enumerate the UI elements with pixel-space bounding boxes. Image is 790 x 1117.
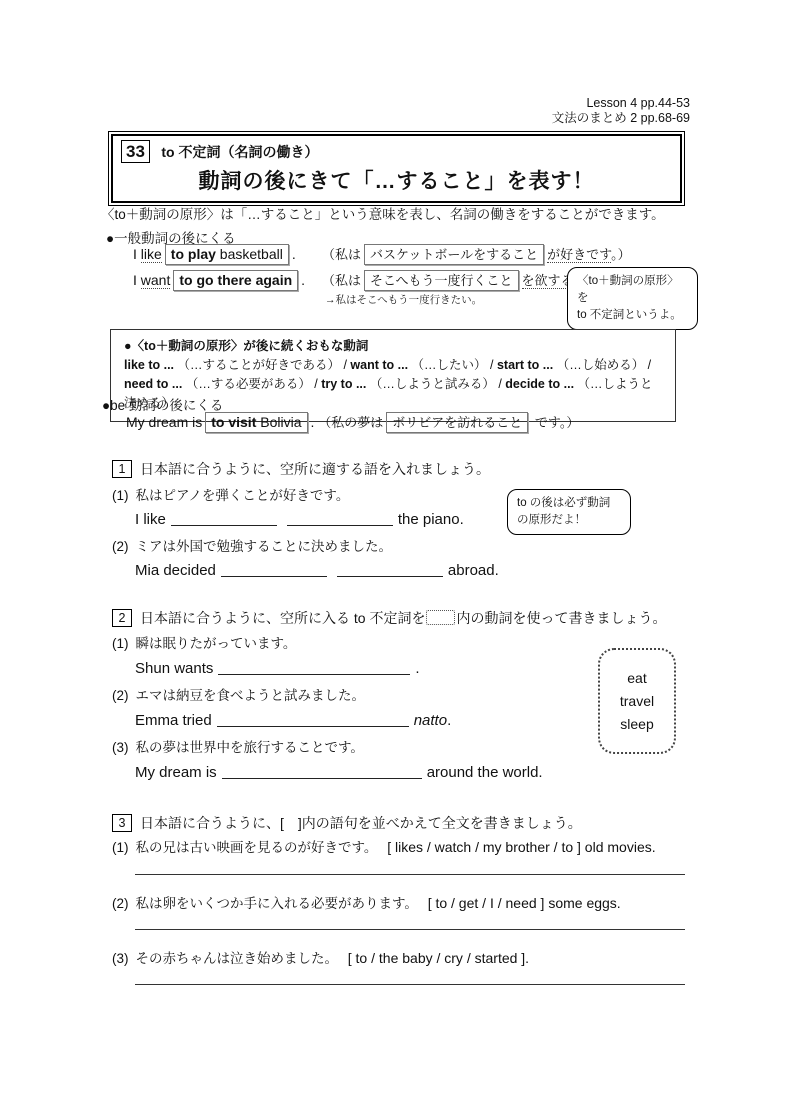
word-bank-box: eat travel sleep	[598, 648, 676, 754]
word-bank-item-eat: eat	[627, 667, 646, 690]
exercise2-item1-answer-line: Shun wants.	[135, 660, 420, 677]
exercise2-item3-answer-post: around the world.	[427, 764, 543, 781]
answer-blank	[287, 511, 393, 526]
exercise1-item2-japanese: (2)ミアは外国で勉強することに決めました。	[112, 535, 392, 555]
example-dream-jp-open: （私の夢は	[318, 415, 383, 430]
to-infinitive-callout-line1: 〈to＋動詞の原形〉を	[577, 273, 688, 307]
exercise3-item3-word-list: [ to / the baby / cry / started ].	[348, 950, 529, 966]
to-infinitive-callout: 〈to＋動詞の原形〉を to 不定詞というよ。	[567, 267, 698, 330]
answer-write-line	[135, 984, 685, 985]
exercise3-item2-jp-text: 私は卵をいくつか手に入れる必要があります。	[136, 896, 418, 911]
title-box: 33 to 不定詞（名詞の働き） 動詞の後にきて「…すること」を表す！	[108, 131, 685, 206]
exercise1-header: 1日本語に合うように、空所に適する語を入れましょう。	[112, 459, 490, 479]
exercise2-item1-label: (1)	[112, 636, 129, 651]
example-dream-infinitive-box: to visit Bolivia	[205, 412, 307, 433]
example-like-jp-box: バスケットボールをすること	[364, 244, 544, 265]
exercise3-instruction: 日本語に合うように、[ ]内の語句を並べかえて全文を書きましょう。	[140, 815, 582, 831]
exercise2-item1-jp-text: 瞬は眠りたがっています。	[136, 636, 297, 651]
exercise2-item2-answer-line: Emma triednatto.	[135, 712, 451, 729]
word-bank-item-sleep: sleep	[620, 713, 653, 736]
exercise1-item2-answer-line: Mia decidedabroad.	[135, 562, 499, 579]
exercise3-item1-word-list: [ likes / watch / my brother / to ] old …	[387, 839, 655, 855]
exercise2-item3-japanese: (3)私の夢は世界中を旅行することです。	[112, 736, 364, 756]
exercise2-instruction-post: 内の動詞を使って書きましょう。	[456, 610, 666, 626]
title-box-row: 33 to 不定詞（名詞の働き）	[121, 140, 672, 163]
verb-decide-to: decide to ...	[505, 377, 577, 391]
exercise3-item2-word-list: [ to / get / I / need ] some eggs.	[428, 895, 621, 911]
exercise2-item2-answer-italic: natto	[414, 712, 447, 729]
exercise3-header: 3日本語に合うように、[ ]内の語句を並べかえて全文を書きましょう。	[112, 813, 582, 833]
example-want-period: .	[301, 272, 305, 288]
lesson-reference-line2: 文法のまとめ 2 pp.68-69	[552, 111, 690, 126]
intro-text: 〈to＋動詞の原形〉は「…すること」という意味を表し、名詞の働きをすることができ…	[101, 203, 665, 223]
exercise1-item1-answer-pre: I like	[135, 511, 166, 528]
answer-write-line	[135, 874, 685, 875]
exercise3-number-badge: 3	[112, 814, 132, 832]
exercise3-item1-jp-text: 私の兄は古い映画を見るのが好きです。	[136, 840, 378, 855]
example-want-english: I wantto go there again.	[133, 269, 322, 291]
exercise2-item2-japanese: (2)エマは納豆を食べようと試みました。	[112, 684, 365, 704]
example-like-infinitive-box: to play basketball	[165, 244, 289, 265]
verb-like-to: like to ...	[124, 358, 178, 372]
base-form-callout-line1: to の後は必ず動詞	[517, 495, 621, 512]
worksheet-page: Lesson 4 pp.44-53 文法のまとめ 2 pp.68-69 33 t…	[0, 0, 790, 1117]
exercise3-item3: (3)その赤ちゃんは泣き始めました。 [ to / the baby / cry…	[112, 947, 529, 967]
answer-blank	[171, 511, 277, 526]
example-like-jp-close: 。）	[611, 247, 631, 262]
example-like-period: .	[292, 246, 296, 262]
exercise2-item1-answer-post: .	[415, 660, 419, 677]
exercise1-item1-answer-post: the piano.	[398, 511, 464, 528]
answer-write-line	[135, 929, 685, 930]
unit-title: 動詞の後にきて「…すること」を表す！	[121, 165, 672, 195]
to-infinitive-callout-line2: to 不定詞というよ。	[577, 307, 688, 324]
example-want-paraphrase: →私はそこへもう一度行きたい。	[325, 292, 482, 307]
exercise1-item1-label: (1)	[112, 488, 129, 503]
example-want-jp-box: そこへもう一度行くこと	[364, 270, 518, 291]
example-want-verb: want	[141, 272, 171, 289]
exercise2-item2-jp-text: エマは納豆を食べようと試みました。	[136, 688, 366, 703]
exercise1-item1-answer-line: I likethe piano.	[135, 511, 464, 528]
unit-subtitle: to 不定詞（名詞の働き）	[161, 144, 318, 160]
lesson-reference: Lesson 4 pp.44-53 文法のまとめ 2 pp.68-69	[552, 96, 690, 126]
lesson-reference-line1: Lesson 4 pp.44-53	[552, 96, 690, 111]
answer-blank	[221, 562, 327, 577]
title-box-inner: 33 to 不定詞（名詞の働き） 動詞の後にきて「…すること」を表す！	[111, 134, 682, 203]
exercise3-item2-label: (2)	[112, 896, 129, 911]
exercise3-item1-label: (1)	[112, 840, 129, 855]
example-sentence-dream: My dream isto visit Bolivia. （私の夢はボリビアを訪…	[126, 411, 579, 434]
exercise3-item2: (2)私は卵をいくつか手に入れる必要があります。 [ to / get / I …	[112, 892, 621, 912]
exercise1-item1-japanese: (1)私はピアノを弾くことが好きです。	[112, 484, 349, 504]
verb-list-heading: ●〈to＋動詞の原形〉が後に続くおもな動詞	[124, 337, 662, 356]
exercise2-instruction-pre: 日本語に合うように、空所に入る to 不定詞を	[140, 610, 425, 626]
example-like-verb: like	[141, 246, 162, 263]
example-want-jp-dotted: を欲する	[522, 273, 574, 289]
verb-want-to-jp: （…したい） /	[412, 358, 497, 372]
answer-blank	[217, 712, 409, 727]
verb-start-to: start to ...	[497, 358, 557, 372]
exercise2-item3-answer-pre: My dream is	[135, 764, 217, 781]
exercise3-item3-jp-text: その赤ちゃんは泣き始めました。	[136, 951, 339, 966]
exercise2-item2-answer-pre: Emma tried	[135, 712, 212, 729]
exercise2-item1-answer-pre: Shun wants	[135, 660, 213, 677]
example-like-infinitive-bold: to play	[171, 246, 216, 262]
example-want-infinitive-bold: to go there again	[179, 272, 292, 288]
example-want-subject: I	[133, 272, 141, 288]
exercise1-item2-answer-post: abroad.	[448, 562, 499, 579]
exercise2-number-badge: 2	[112, 609, 132, 627]
exercise3-item3-label: (3)	[112, 951, 129, 966]
exercise2-header: 2日本語に合うように、空所に入る to 不定詞を内の動詞を使って書きましょう。	[112, 608, 666, 628]
exercise1-item1-jp-text: 私はピアノを弾くことが好きです。	[136, 488, 350, 503]
word-bank-item-travel: travel	[620, 690, 654, 713]
example-sentence-like: I liketo play basketball.（私はバスケットボールをするこ…	[133, 243, 631, 266]
verb-start-to-jp: （…し始める） /	[557, 358, 651, 372]
exercise1-instruction: 日本語に合うように、空所に適する語を入れましょう。	[140, 461, 490, 477]
example-like-jp-dotted: が好きです	[547, 247, 611, 263]
answer-blank	[337, 562, 443, 577]
exercise1-number-badge: 1	[112, 460, 132, 478]
unit-number-badge: 33	[121, 140, 150, 163]
example-like-infinitive-rest: basketball	[216, 246, 283, 262]
example-want-jp-open: （私は	[322, 273, 361, 288]
exercise2-item1-japanese: (1)瞬は眠りたがっています。	[112, 632, 296, 652]
verb-like-to-jp: （…することが好きである） /	[178, 358, 351, 372]
example-dream-subject: My dream is	[126, 414, 202, 430]
verb-need-to-jp: （…する必要がある） /	[186, 377, 321, 391]
exercise3-item1: (1)私の兄は古い映画を見るのが好きです。 [ likes / watch / …	[112, 836, 656, 856]
verb-need-to: need to ...	[124, 377, 186, 391]
verb-try-to: try to ...	[321, 377, 370, 391]
example-want-infinitive-box: to go there again	[173, 270, 298, 291]
example-dream-infinitive-rest: Bolivia	[256, 414, 301, 430]
example-like-subject: I	[133, 246, 141, 262]
exercise1-item2-answer-pre: Mia decided	[135, 562, 216, 579]
example-dream-infinitive-bold: to visit	[211, 414, 256, 430]
word-bank-placeholder-icon	[426, 610, 455, 625]
base-form-callout: to の後は必ず動詞 の原形だよ！	[507, 489, 631, 535]
example-dream-jp-close: です。）	[531, 415, 579, 430]
verb-list-line1: like to ... （…することが好きである） / want to ... …	[124, 356, 662, 375]
exercise2-item3-answer-line: My dream isaround the world.	[135, 764, 543, 781]
answer-blank	[222, 764, 422, 779]
exercise2-item2-label: (2)	[112, 688, 129, 703]
base-form-callout-line2: の原形だよ！	[517, 512, 621, 529]
example-sentence-want: I wantto go there again.（私はそこへもう一度行くことを欲…	[133, 269, 593, 292]
exercise2-item3-jp-text: 私の夢は世界中を旅行することです。	[136, 740, 364, 755]
exercise2-item2-answer-post: .	[447, 712, 451, 729]
example-like-english: I liketo play basketball.	[133, 243, 322, 265]
example-dream-jp-box: ボリビアを訪れること	[386, 412, 528, 433]
exercise1-item2-label: (2)	[112, 539, 129, 554]
answer-blank	[218, 660, 410, 675]
example-like-jp-open: （私は	[322, 247, 361, 262]
verb-try-to-jp: （…しようと試みる） /	[370, 377, 505, 391]
exercise2-item3-label: (3)	[112, 740, 129, 755]
verb-want-to: want to ...	[350, 358, 411, 372]
example-dream-period: .	[311, 414, 315, 430]
exercise1-item2-jp-text: ミアは外国で勉強することに決めました。	[136, 539, 393, 554]
